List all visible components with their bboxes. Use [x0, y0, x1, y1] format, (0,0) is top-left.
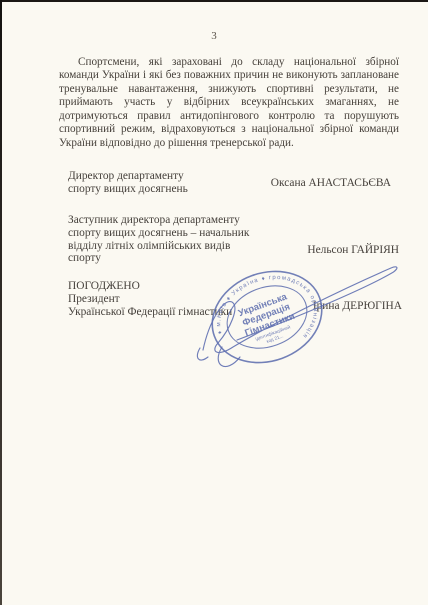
director-title-line: спорту вищих досягнень: [68, 183, 188, 196]
scan-border-left: [0, 0, 2, 605]
director-name: Оксана АНАСТАСЬЄВА: [271, 177, 391, 189]
signature-flourish: [165, 250, 410, 385]
scan-border-top: [0, 0, 428, 2]
scanned-document-page: 3 Спортсмени, які зараховані до складу н…: [0, 0, 428, 605]
director-title-block: Директор департаменту спорту вищих досяг…: [68, 170, 188, 196]
signature-stroke: [203, 267, 397, 353]
deputy-title-line: Заступник директора департаменту: [68, 214, 249, 227]
deputy-title-line: спорту вищих досягнень – начальник: [68, 227, 249, 240]
director-title-line: Директор департаменту: [68, 170, 188, 183]
body-paragraph: Спортсмени, які зараховані до складу нац…: [59, 56, 399, 150]
page-number: 3: [0, 30, 428, 42]
